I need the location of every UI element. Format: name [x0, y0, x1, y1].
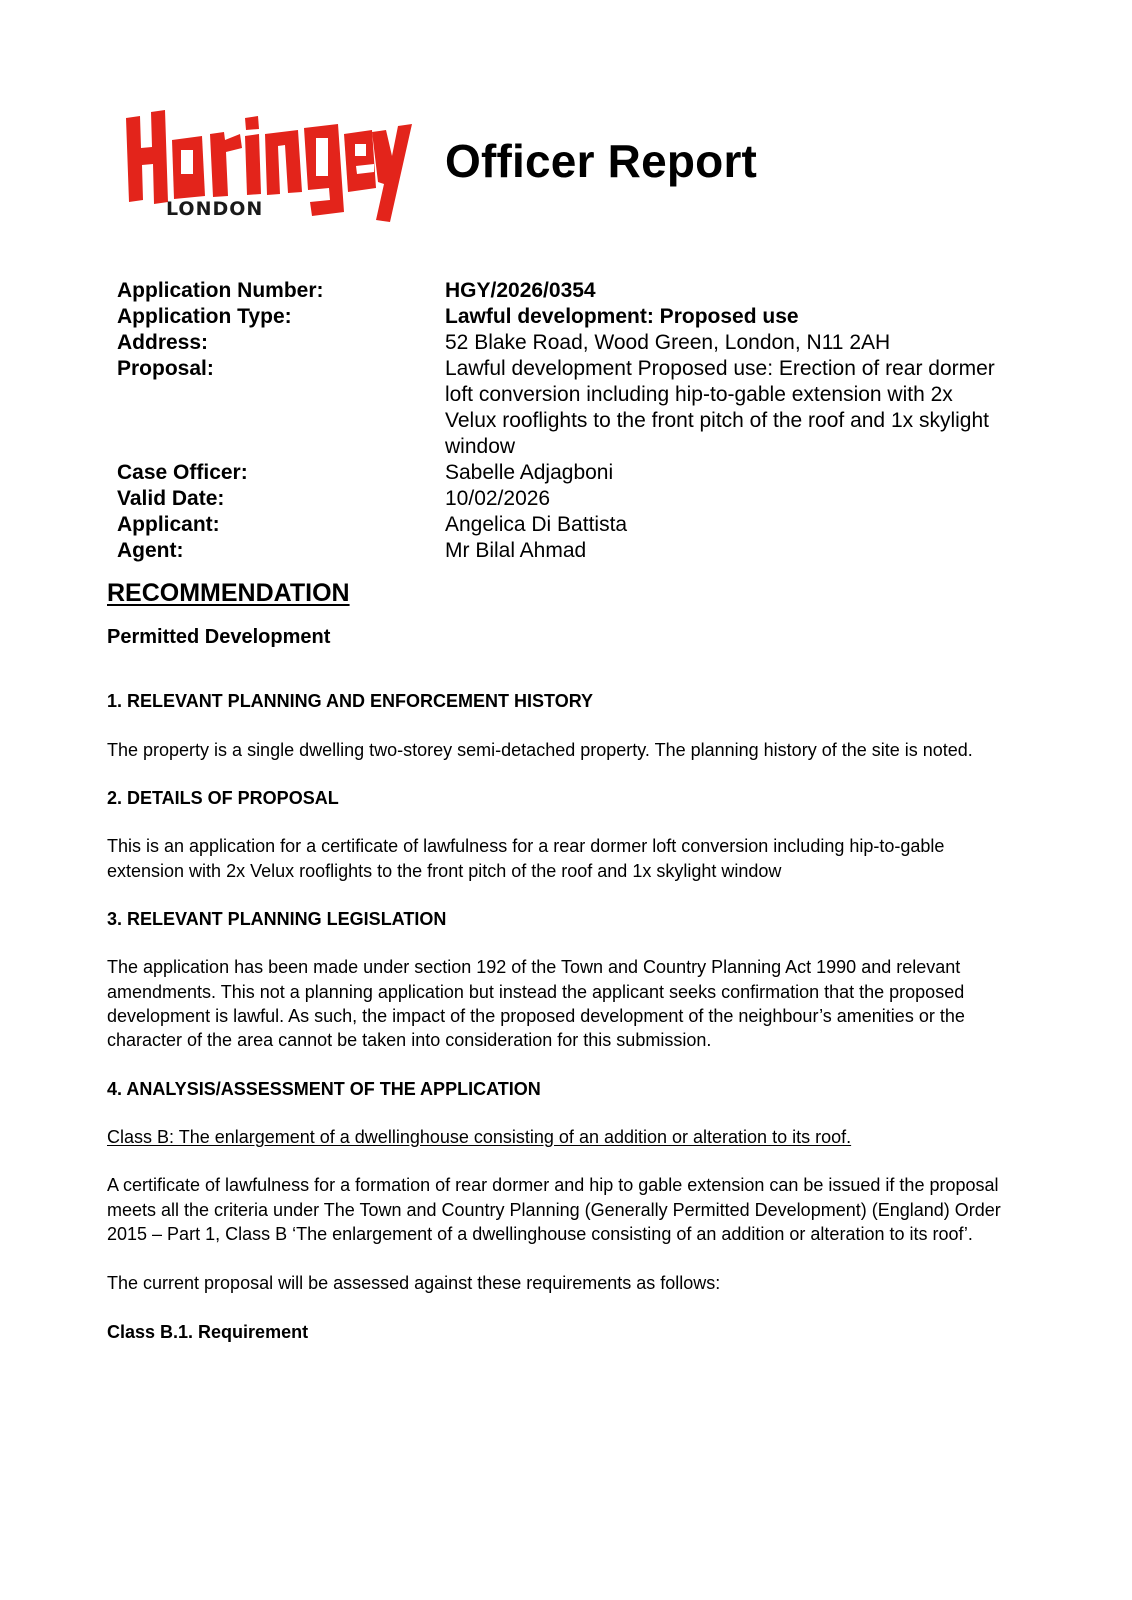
application-details: Application Number: HGY/2026/0354 Applic…	[117, 278, 997, 564]
section-heading-proposal: 2. DETAILS OF PROPOSAL	[107, 786, 1007, 810]
detail-label: Applicant:	[117, 512, 445, 538]
haringey-logo-icon: LONDON	[122, 104, 412, 224]
detail-row-address: Address: 52 Blake Road, Wood Green, Lond…	[117, 330, 997, 356]
detail-label: Agent:	[117, 538, 445, 564]
detail-label: Proposal:	[117, 356, 445, 460]
detail-row-application-type: Application Type: Lawful development: Pr…	[117, 304, 997, 330]
report-body: RECOMMENDATION Permitted Development 1. …	[107, 576, 1007, 1344]
valid-date-value: 10/02/2026	[445, 486, 997, 512]
page-title: Officer Report	[445, 135, 757, 187]
detail-label: Case Officer:	[117, 460, 445, 486]
application-number-value: HGY/2026/0354	[445, 278, 997, 304]
logo-london-text: LONDON	[166, 198, 263, 220]
detail-row-case-officer: Case Officer: Sabelle Adjagboni	[117, 460, 997, 486]
detail-row-application-number: Application Number: HGY/2026/0354	[117, 278, 997, 304]
detail-label: Application Number:	[117, 278, 445, 304]
agent-value: Mr Bilal Ahmad	[445, 538, 997, 564]
section-heading-legislation: 3. RELEVANT PLANNING LEGISLATION	[107, 907, 1007, 931]
detail-label: Address:	[117, 330, 445, 356]
detail-label: Application Type:	[117, 304, 445, 330]
applicant-value: Angelica Di Battista	[445, 512, 997, 538]
class-b1-requirement-heading: Class B.1. Requirement	[107, 1320, 1007, 1344]
application-type-value: Lawful development: Proposed use	[445, 304, 997, 330]
legislation-paragraph: The application has been made under sect…	[107, 955, 1007, 1053]
analysis-paragraph-2: The current proposal will be assessed ag…	[107, 1271, 1007, 1295]
history-paragraph: The property is a single dwelling two-st…	[107, 738, 1007, 762]
detail-row-valid-date: Valid Date: 10/02/2026	[117, 486, 997, 512]
section-heading-analysis: 4. ANALYSIS/ASSESSMENT OF THE APPLICATIO…	[107, 1077, 1007, 1101]
detail-row-proposal: Proposal: Lawful development Proposed us…	[117, 356, 997, 460]
haringey-london-logo: LONDON	[122, 104, 412, 224]
analysis-paragraph-1: A certificate of lawfulness for a format…	[107, 1173, 1007, 1246]
proposal-paragraph: This is an application for a certificate…	[107, 834, 1007, 883]
case-officer-value: Sabelle Adjagboni	[445, 460, 997, 486]
detail-row-applicant: Applicant: Angelica Di Battista	[117, 512, 997, 538]
class-b-title: Class B: The enlargement of a dwellingho…	[107, 1125, 1007, 1149]
recommendation-heading: RECOMMENDATION	[107, 576, 1007, 610]
recommendation-value: Permitted Development	[107, 624, 1007, 650]
section-heading-history: 1. RELEVANT PLANNING AND ENFORCEMENT HIS…	[107, 689, 1007, 713]
proposal-value: Lawful development Proposed use: Erectio…	[445, 356, 997, 460]
address-value: 52 Blake Road, Wood Green, London, N11 2…	[445, 330, 997, 356]
detail-row-agent: Agent: Mr Bilal Ahmad	[117, 538, 997, 564]
detail-label: Valid Date:	[117, 486, 445, 512]
